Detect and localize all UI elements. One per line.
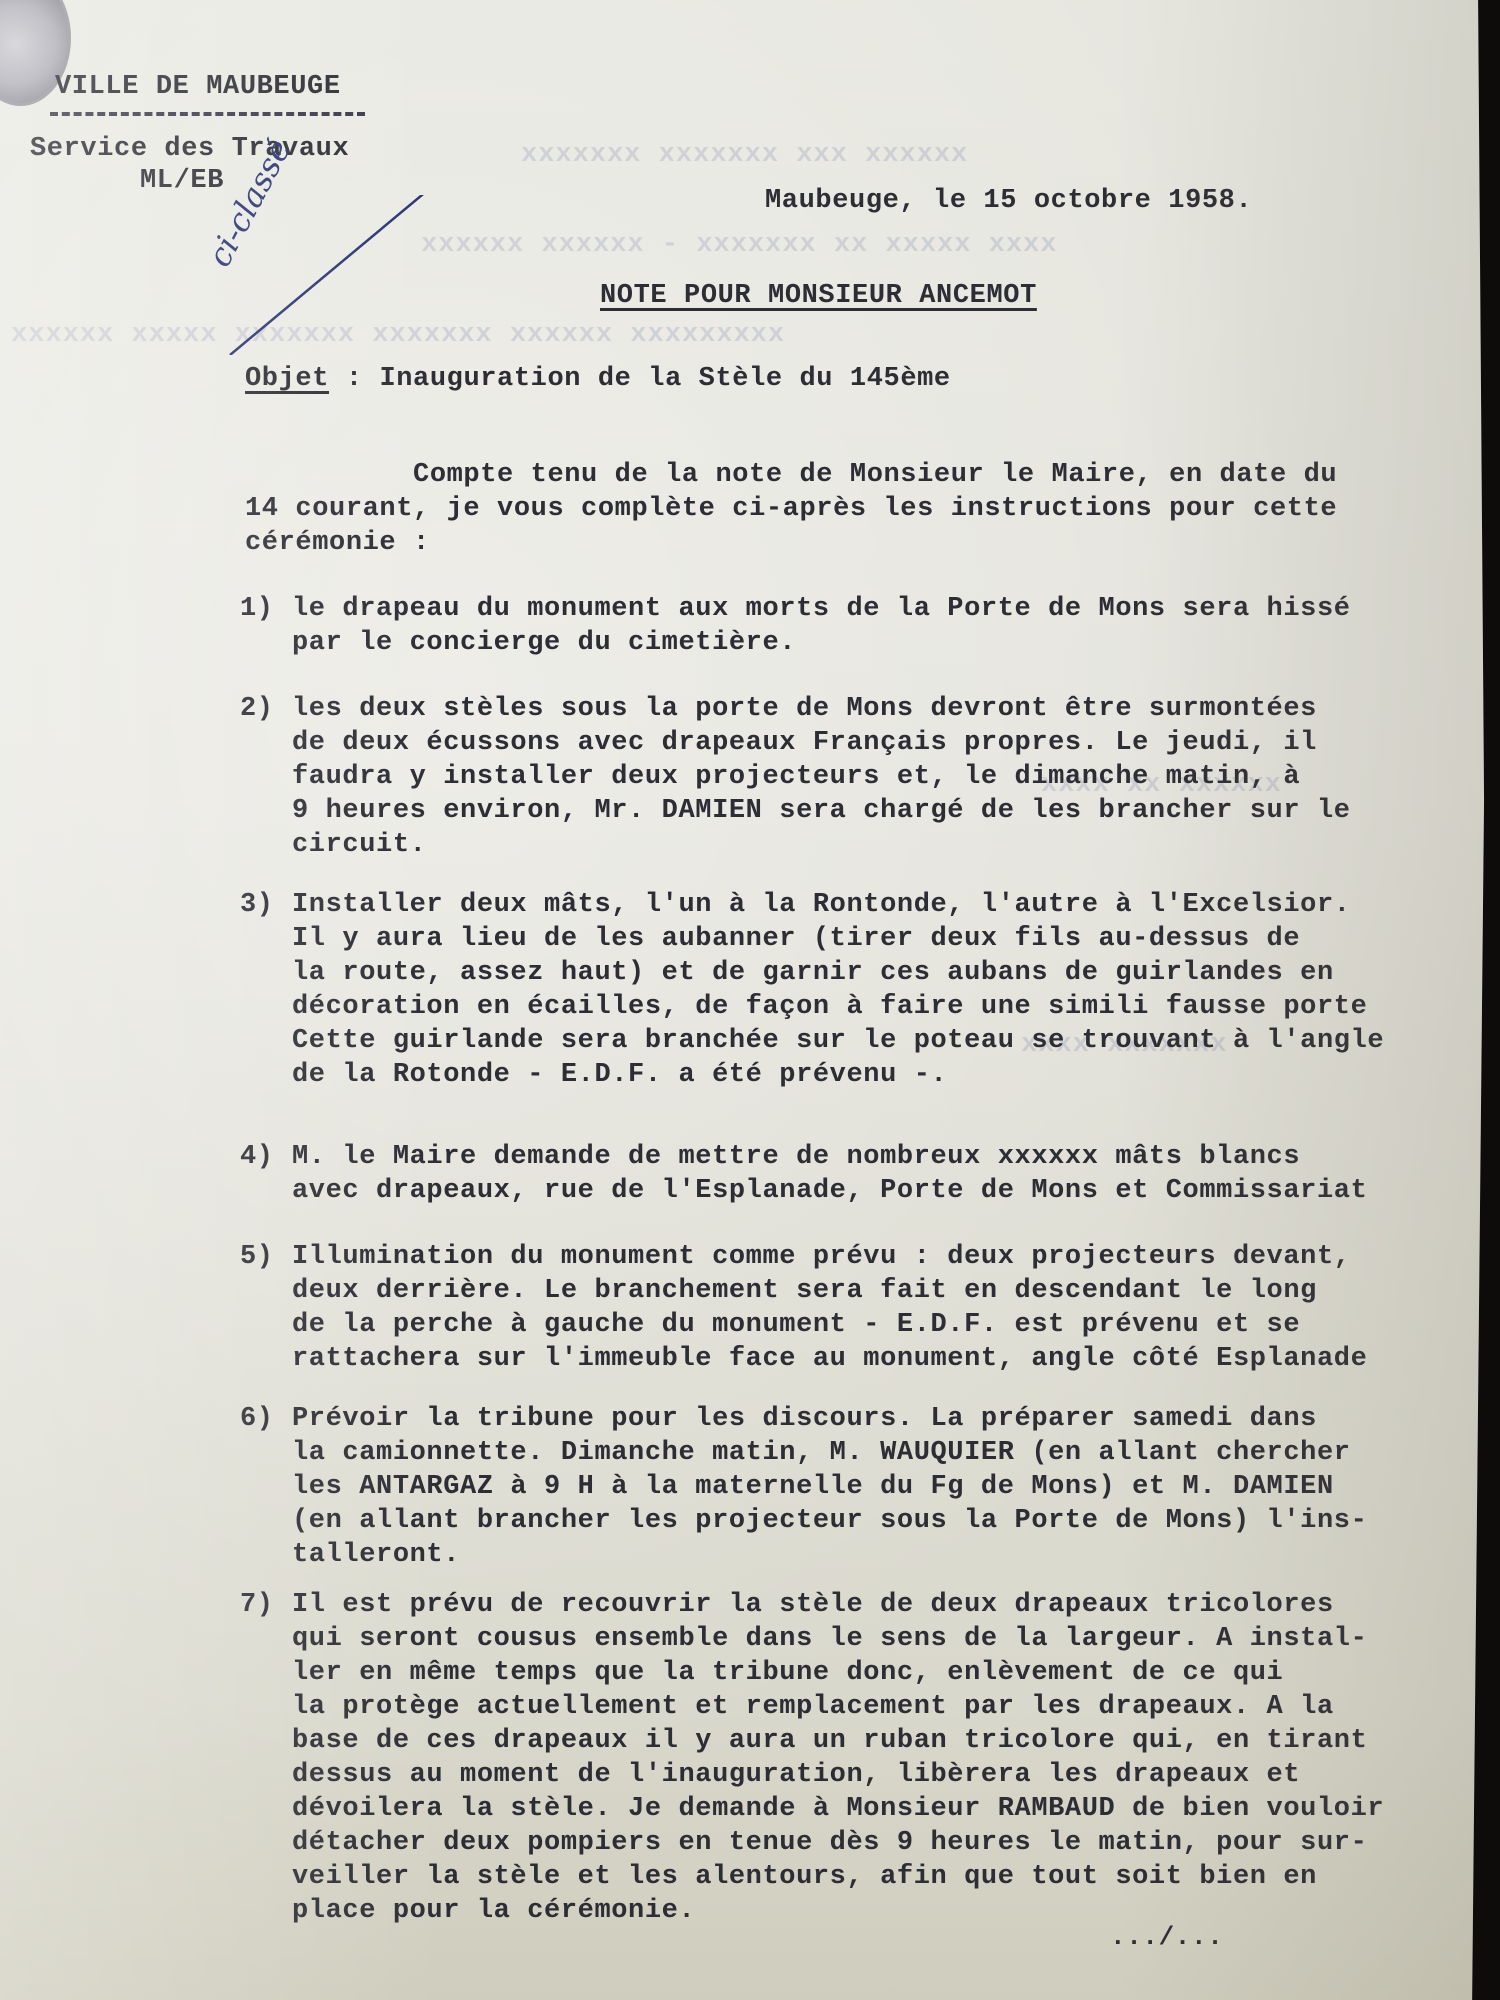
bleed-through-text: xxxx xxxxx xx xxxxxxx - xxxxxx xxxxxx xyxy=(420,230,1057,260)
item-number: 3) xyxy=(240,888,274,922)
item-text: Prévoir la tribune pour les discours. La… xyxy=(292,1402,1367,1572)
handwritten-annotation: ci-classé xyxy=(190,195,450,355)
bleed-through-text: xxxxxx xxx xxxxxxx xxxxxxx xyxy=(520,140,967,170)
item-number: 6) xyxy=(240,1402,274,1436)
item-number: 5) xyxy=(240,1240,274,1274)
intro-paragraph: Compte tenu de la note de Monsieur le Ma… xyxy=(245,458,1337,560)
item-number: 2) xyxy=(240,692,274,726)
organization-name: VILLE DE MAUBEUGE xyxy=(55,68,341,107)
item-number: 1) xyxy=(240,592,274,626)
subject-label: Objet xyxy=(245,364,329,394)
subject-separator: : xyxy=(329,364,379,394)
document-page: xxxxxx xxx xxxxxxx xxxxxxx xxxx xxxxx xx… xyxy=(0,0,1490,2000)
item-text: Illumination du monument comme prévu : d… xyxy=(292,1240,1367,1376)
document-title: NOTE POUR MONSIEUR ANCEMOT xyxy=(600,277,1037,316)
item-text: Installer deux mâts, l'un à la Rontonde,… xyxy=(292,888,1384,1092)
item-number: 7) xyxy=(240,1588,274,1622)
item-text: les deux stèles sous la porte de Mons de… xyxy=(292,692,1351,862)
subject-text: Inauguration de la Stèle du 145ème xyxy=(379,364,950,394)
header-divider xyxy=(50,112,365,116)
continuation-mark: .../... xyxy=(1110,1918,1223,1957)
item-text: M. le Maire demande de mettre de nombreu… xyxy=(292,1140,1367,1208)
item-text: Il est prévu de recouvrir la stèle de de… xyxy=(292,1588,1384,1928)
item-number: 4) xyxy=(240,1140,274,1174)
subject-line: Objet : Inauguration de la Stèle du 145è… xyxy=(245,360,951,399)
item-text: le drapeau du monument aux morts de la P… xyxy=(292,592,1351,660)
date-line: Maubeuge, le 15 octobre 1958. xyxy=(765,182,1252,221)
